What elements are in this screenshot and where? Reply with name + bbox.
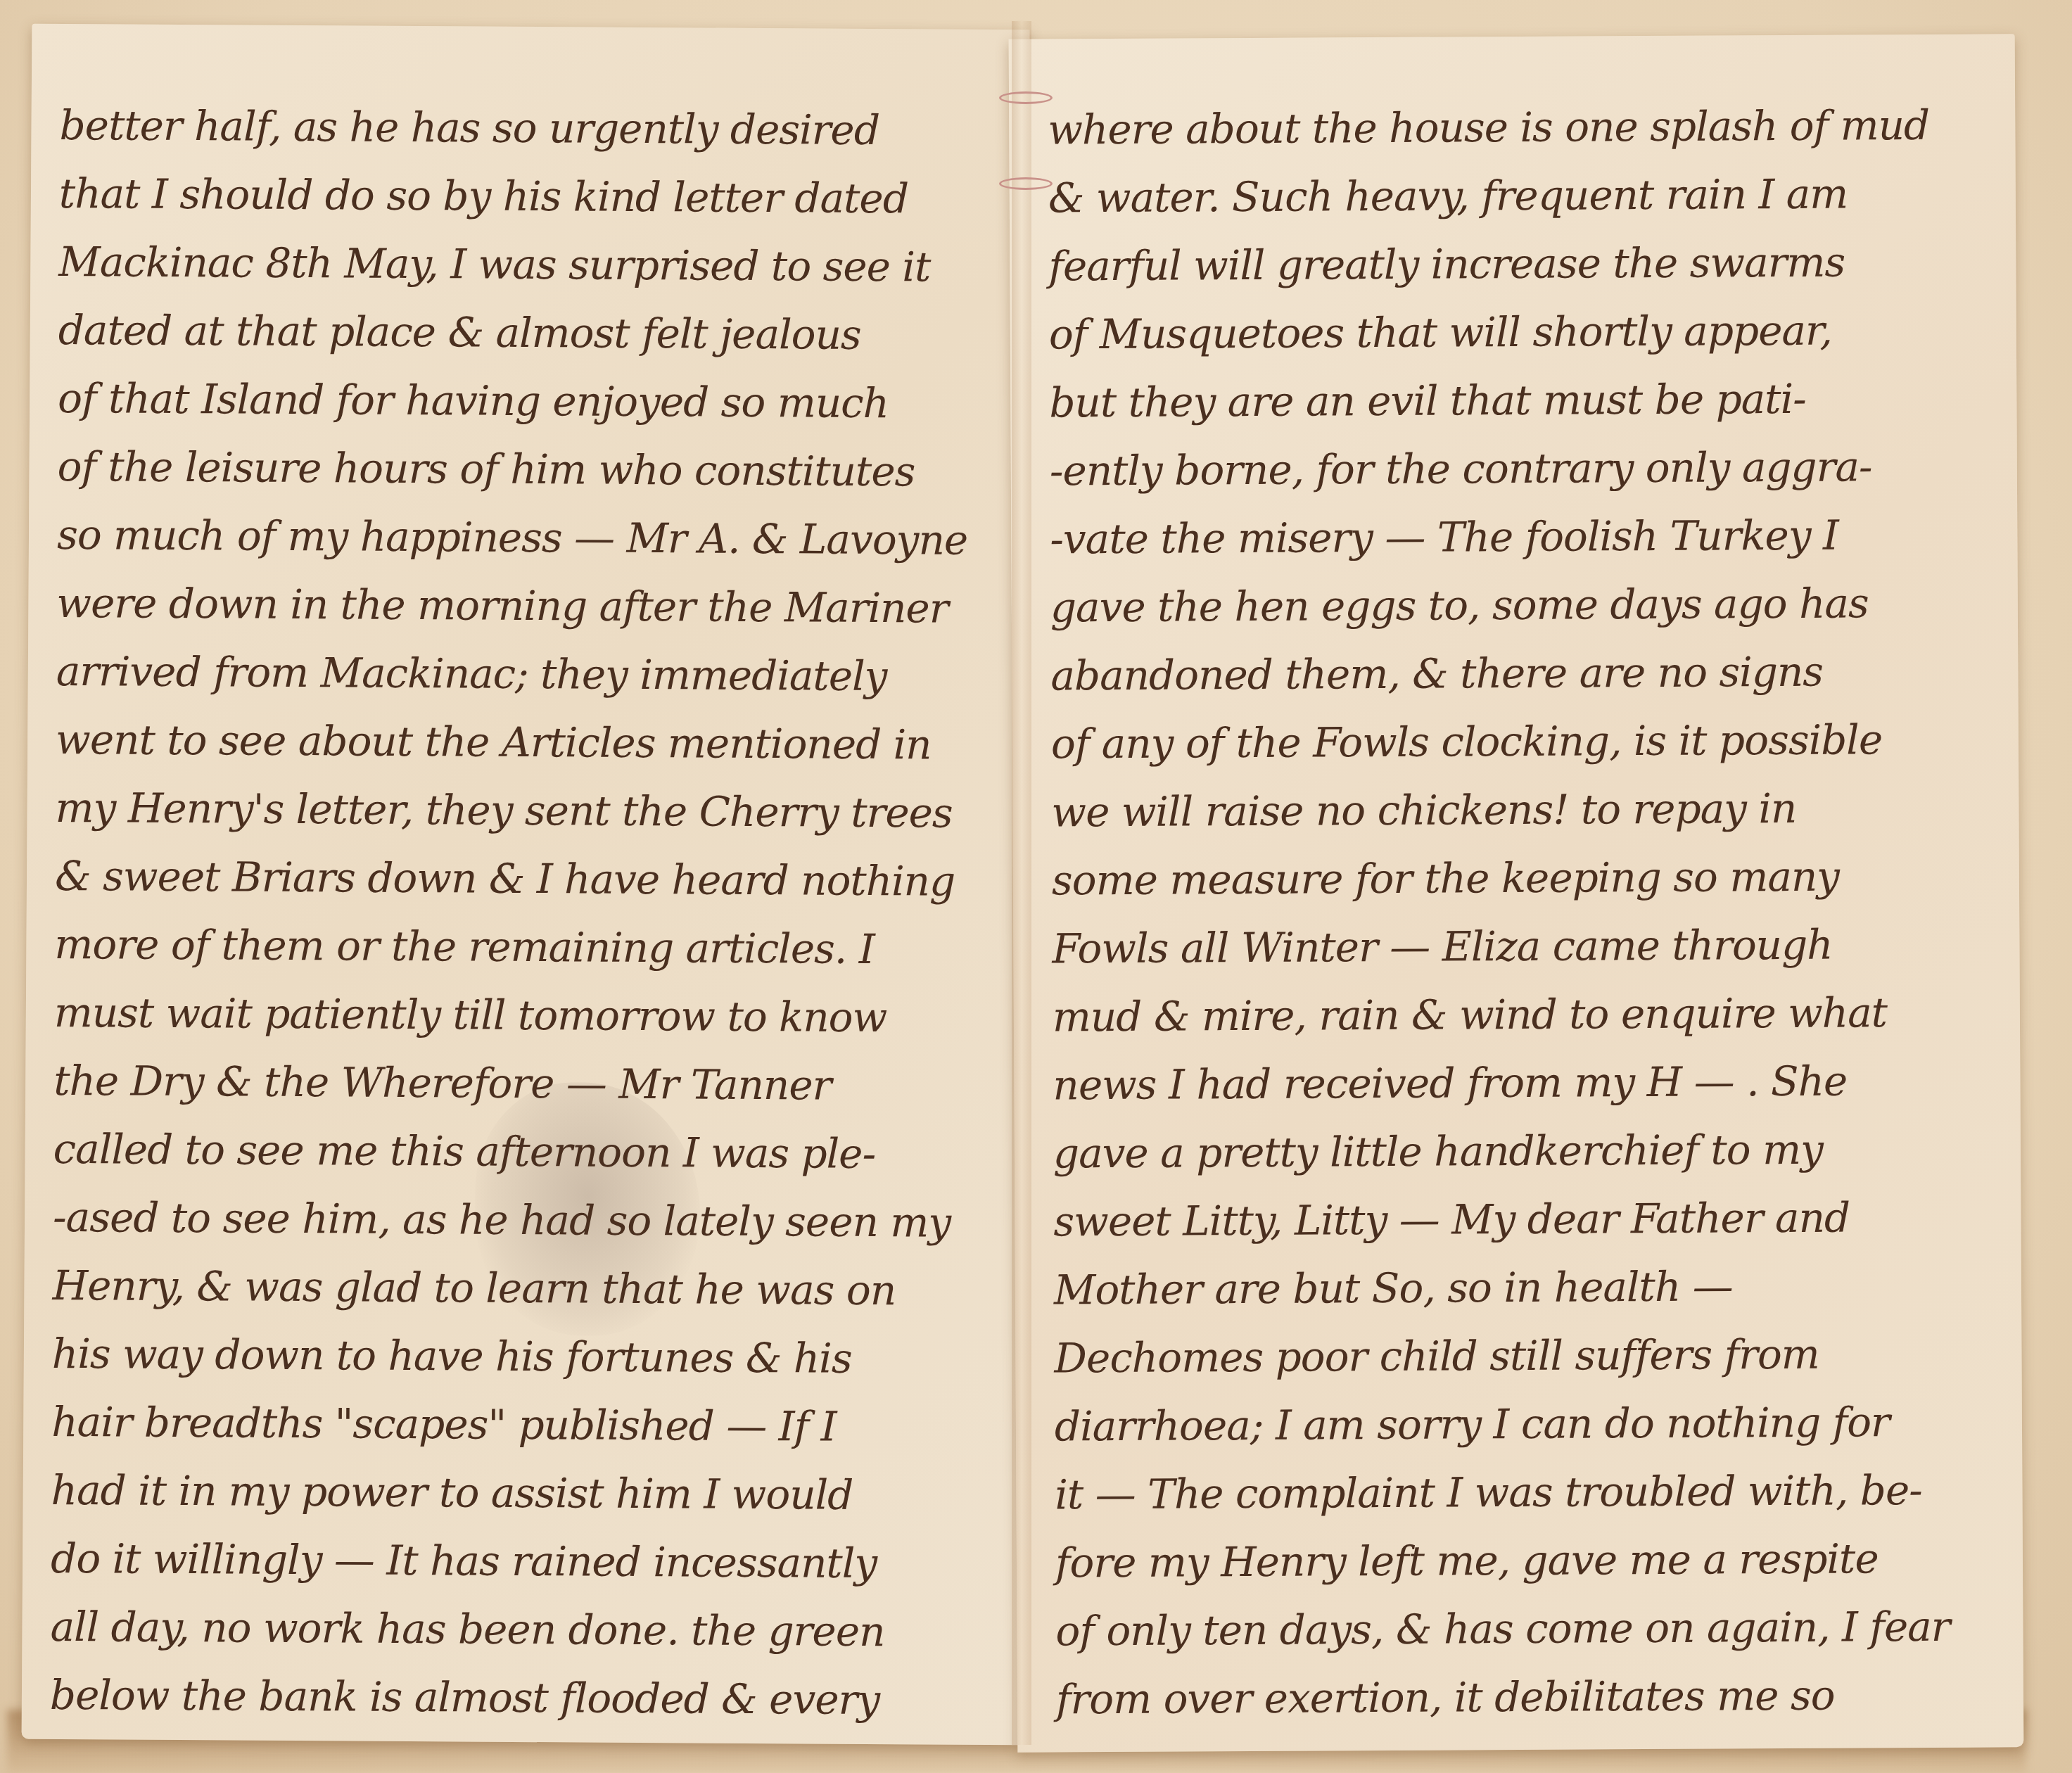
manuscript-line: arrived from Mackinac; they immediately — [56, 647, 887, 700]
manuscript-line: of only ten days, & has come on again, I… — [1055, 1603, 1950, 1656]
manuscript-line: must wait patiently till tomorrow to kno… — [54, 989, 887, 1041]
manuscript-line: fore my Henry left me, gave me a respite — [1055, 1534, 1879, 1587]
manuscript-line: we will raise no chickens! to repay in — [1051, 784, 1796, 837]
manuscript-line: fearful will greatly increase the swarms — [1048, 239, 1845, 291]
manuscript-line: mud & mire, rain & wind to enquire what — [1053, 989, 1887, 1041]
manuscript-line: & water. Such heavy, frequent rain I am — [1048, 170, 1848, 222]
manuscript-line: gave a pretty little handkerchief to my — [1053, 1126, 1823, 1178]
manuscript-line: Mackinac 8th May, I was surprised to see… — [58, 238, 930, 291]
manuscript-line: of the leisure hours of him who constitu… — [57, 443, 915, 495]
manuscript-line: went to see about the Articles mentioned… — [56, 716, 932, 769]
manuscript-line: -ently borne, for the contrary only aggr… — [1050, 443, 1872, 495]
manuscript-line: all day, no work has been done. the gree… — [50, 1603, 884, 1656]
manuscript-line: Fowls all Winter — Eliza came through — [1052, 921, 1833, 973]
manuscript-line: of any of the Fowls clocking, is it poss… — [1051, 716, 1883, 768]
manuscript-line: that I should do so by his kind letter d… — [59, 170, 908, 222]
manuscript-line: news I had received from my H — . She — [1053, 1057, 1847, 1110]
manuscript-line: his way down to have his fortunes & his — [52, 1330, 852, 1383]
manuscript-line: below the bank is almost flooded & every — [50, 1671, 880, 1724]
book-gutter-fold — [1012, 21, 1031, 1745]
manuscript-line: gave the hen eggs to, some days ago has — [1050, 579, 1869, 631]
manuscript-line: & sweet Briars down & I have heard nothi… — [55, 852, 955, 905]
manuscript-line: where about the house is one splash of m… — [1048, 101, 1929, 154]
manuscript-line: of Musquetoes that will shortly appear, — [1049, 307, 1832, 359]
manuscript-line: but they are an evil that must be pati- — [1049, 375, 1806, 427]
manuscript-line: it — The complaint I was troubled with, … — [1055, 1466, 1922, 1518]
manuscript-line: some measure for the keeping so many — [1052, 853, 1839, 905]
right-page: where about the house is one splash of m… — [1009, 34, 2024, 1752]
manuscript-line: Henry, & was glad to learn that he was o… — [52, 1262, 896, 1314]
manuscript-line: my Henry's letter, they sent the Cherry … — [55, 784, 953, 837]
manuscript-line: diarrhoea; I am sorry I can do nothing f… — [1055, 1398, 1890, 1450]
manuscript-line: better half, as he has so urgently desir… — [59, 101, 974, 155]
manuscript-line: -vate the misery — The foolish Turkey I — [1050, 511, 1838, 564]
left-page: better half, as he has so urgently desir… — [22, 24, 1030, 1746]
manuscript-line: Dechomes poor child still suffers from — [1054, 1330, 1819, 1383]
manuscript-line: had it in my power to assist him I would — [51, 1466, 853, 1519]
manuscript-line: dated at that place & almost felt jealou… — [58, 306, 861, 359]
manuscript-line: so much of my happiness — Mr A. & Lavoyn… — [57, 511, 968, 564]
binding-stitch — [999, 177, 1053, 190]
manuscript-line: more of them or the remaining articles. … — [54, 920, 875, 973]
manuscript-line: sweet Litty, Litty — My dear Father and — [1053, 1194, 1850, 1246]
left-page-text: better half, as he has so urgently desir… — [22, 24, 1030, 1746]
manuscript-line: hair breadths "scapes" published — If I — [51, 1398, 837, 1451]
binding-stitch — [999, 91, 1053, 104]
manuscript-line: do it willingly — It has rained incessan… — [51, 1534, 877, 1587]
manuscript-line: the Dry & the Wherefore — Mr Tanner — [53, 1057, 831, 1110]
manuscript-line: Mother are but So, so in health — — [1054, 1262, 1733, 1314]
right-page-text: where about the house is one splash of m… — [1009, 34, 2024, 1752]
manuscript-line: abandoned them, & there are no signs — [1050, 648, 1823, 700]
manuscript-line: called to see me this afternoon I was pl… — [53, 1125, 875, 1178]
manuscript-line: of that Island for having enjoyed so muc… — [58, 374, 889, 427]
manuscript-line: were down in the morning after the Marin… — [56, 579, 948, 633]
manuscript-line: -ased to see him, as he had so lately se… — [53, 1193, 951, 1247]
manuscript-line: from over exertion, it debilitates me so — [1056, 1672, 1835, 1724]
